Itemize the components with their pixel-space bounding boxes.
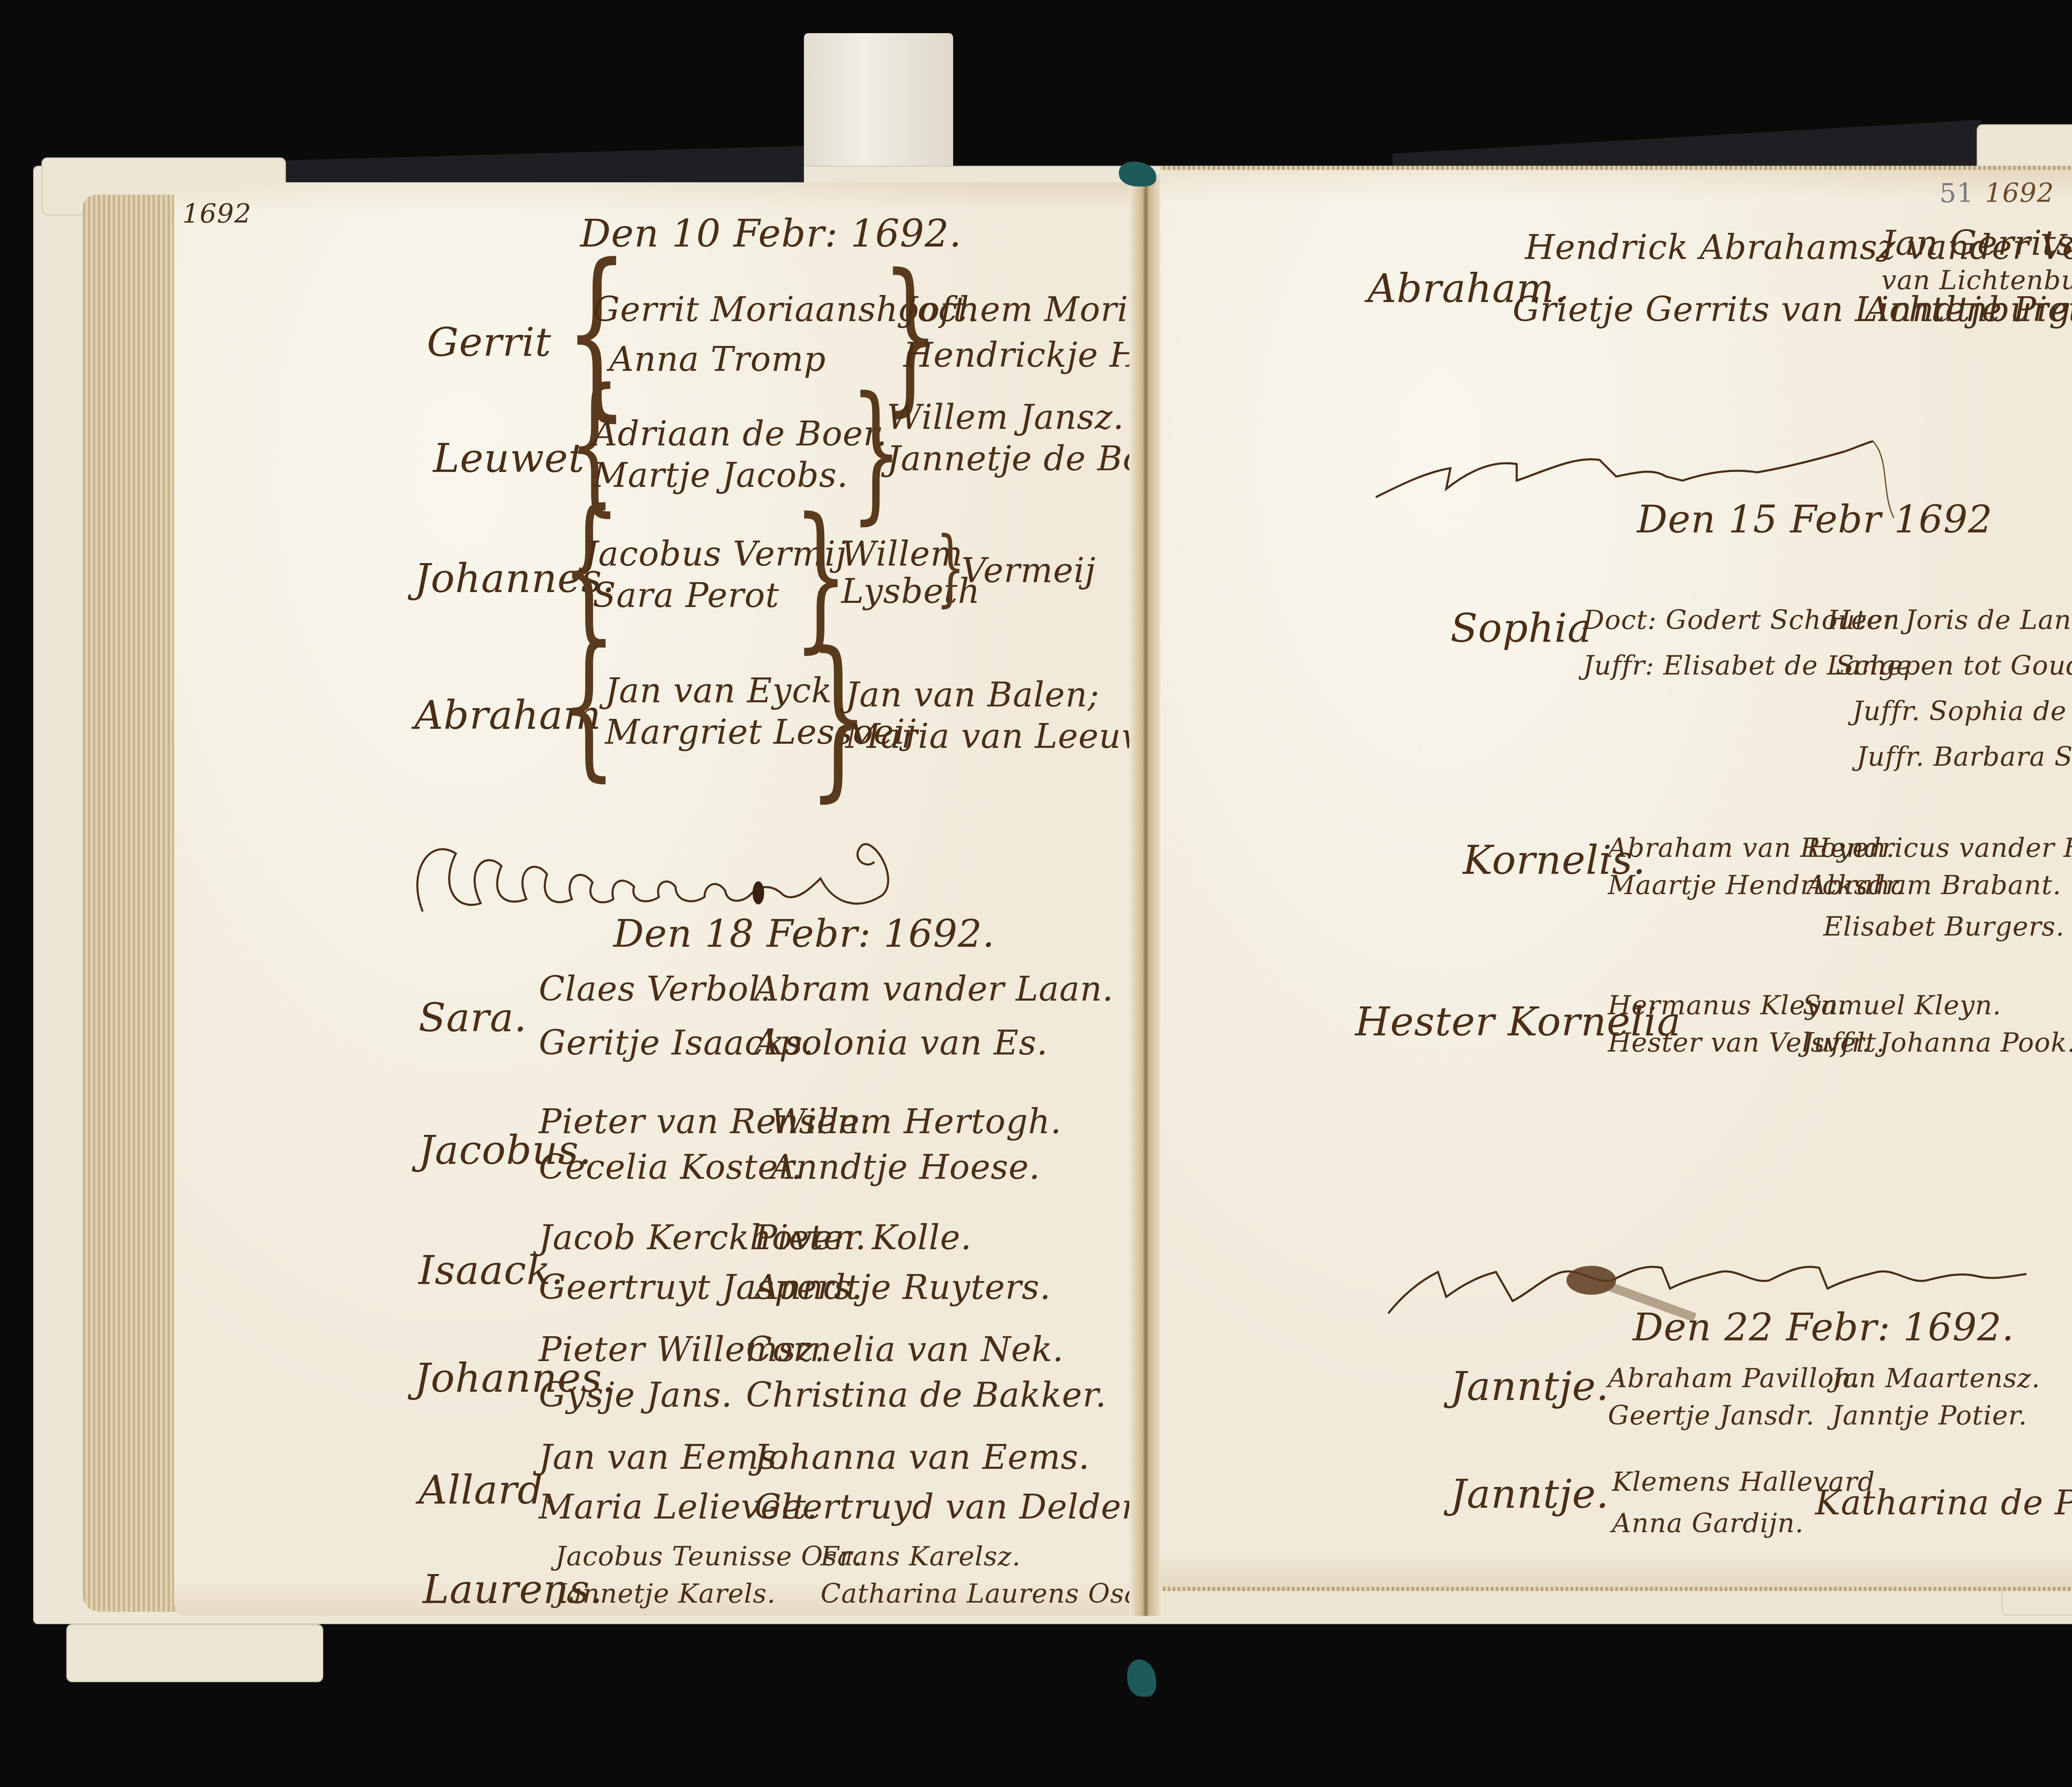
corner-protector-bottom-left xyxy=(66,1624,323,1682)
parent-father: Jacobus Teunisse Osa. xyxy=(555,1541,862,1572)
witness: Anndtje Pieters. xyxy=(1865,290,2072,329)
child-name: Sophia xyxy=(1450,605,1592,651)
child-name: Leuwet xyxy=(433,435,585,481)
left-page: 1692 Den 10 Febr: 1692. Gerrit { Gerrit … xyxy=(174,182,1135,1616)
witness: Johanna van Eems. xyxy=(754,1438,1090,1477)
witness: Maria van Leeuwen; xyxy=(845,717,1135,756)
witness: Hendricus vander Heiden xyxy=(1807,833,2072,863)
witness: Jan van Balen; xyxy=(845,675,1099,715)
witness: Anndtje Hoese. xyxy=(771,1148,1040,1187)
witness: Jannetje de Boer. xyxy=(887,439,1135,479)
corner-year: 1692 xyxy=(1985,178,2054,209)
witness: Christina de Bakker. xyxy=(746,1376,1106,1415)
right-page: 51 1692 Abraham. Hendrick Abrahamsz vand… xyxy=(1160,170,2072,1587)
section-date: Den 15 Febr 1692 xyxy=(1637,497,1993,542)
witness: Cornelia van Nek. xyxy=(746,1330,1064,1369)
witness: Willem Hertogh. xyxy=(771,1102,1062,1141)
parent-mother: Sara Perot xyxy=(593,576,779,615)
witness: Hendrickje Haseu xyxy=(903,336,1135,375)
parent-mother: Gysje Jans. xyxy=(539,1376,733,1415)
witness: Geertruyd van Delden. xyxy=(754,1487,1135,1527)
book-gutter xyxy=(1129,174,1162,1616)
child-name: Allard. xyxy=(419,1467,557,1513)
witness: Samuel Kleyn. xyxy=(1803,990,2001,1021)
witness: Janntje Potier. xyxy=(1832,1400,2027,1431)
child-name: Gerrit xyxy=(427,319,552,365)
parent-mother: Anna Gardijn. xyxy=(1612,1508,1804,1539)
witness: Jan Maartensz. xyxy=(1832,1363,2041,1394)
parent-mother: Jannetje Karels. xyxy=(555,1579,776,1609)
parent-mother: Geertje Jansdr. xyxy=(1608,1400,1815,1431)
witness: Catharina Laurens Osa. xyxy=(821,1579,1135,1609)
parent-father: Abraham Pavillon. xyxy=(1608,1363,1860,1394)
section-date: Den 22 Febr: 1692. xyxy=(1633,1305,2014,1349)
bookmark-ribbon-bottom xyxy=(1127,1659,1156,1697)
witness: Schepen tot Gouda. xyxy=(1836,650,2072,681)
folio-number: 51 xyxy=(1939,178,1974,209)
witness: Willem Jansz. xyxy=(887,398,1124,437)
paper-marker-strip xyxy=(804,33,953,178)
witness: Anndtje Ruyters. xyxy=(754,1268,1051,1307)
witness: Heer Joris de Lange xyxy=(1828,605,2072,636)
witness: Pieter Kolle. xyxy=(754,1218,972,1257)
child-name: Janntje. xyxy=(1450,1471,1609,1517)
witness: Juffr. Barbara Schouten. xyxy=(1857,742,2072,772)
witness-surname: Vermeij xyxy=(961,551,1096,590)
witness: Juffr. Sophia de Lange xyxy=(1852,696,2072,727)
witness: Jan Gerritsz xyxy=(1881,224,2072,263)
child-name: Sara. xyxy=(419,994,527,1041)
witness: Elisabet Burgers. xyxy=(1823,912,2065,942)
section-date: Den 18 Febr: 1692. xyxy=(613,912,995,956)
parent-father: Adriaan de Boer. xyxy=(593,414,887,454)
witness: Jochem Moriaans hooft xyxy=(903,290,1135,329)
brace-right: } xyxy=(936,526,965,609)
parent-father: Claes Verbol. xyxy=(539,970,771,1009)
witness: Frans Karelsz. xyxy=(821,1541,1021,1572)
bookmark-ribbon-top xyxy=(1119,162,1156,186)
parent-father: Jan van Eyck xyxy=(605,671,833,711)
child-name: Janntje. xyxy=(1450,1363,1609,1410)
parent-mother: Anna Tromp xyxy=(609,340,826,379)
parent-father: Jan van Eems. xyxy=(539,1438,788,1477)
witness: Juffr. Johanna Pook. xyxy=(1803,1028,2072,1058)
witness: Abraham Brabant. xyxy=(1807,870,2062,901)
witness: Apolonia van Es. xyxy=(754,1023,1048,1063)
parent-mother: Cecelia Koster. xyxy=(539,1148,802,1187)
corner-year: 1692 xyxy=(182,199,252,230)
witness: Katharina de Plas. xyxy=(1815,1483,2072,1523)
witness: Abram vander Laan. xyxy=(754,970,1113,1009)
